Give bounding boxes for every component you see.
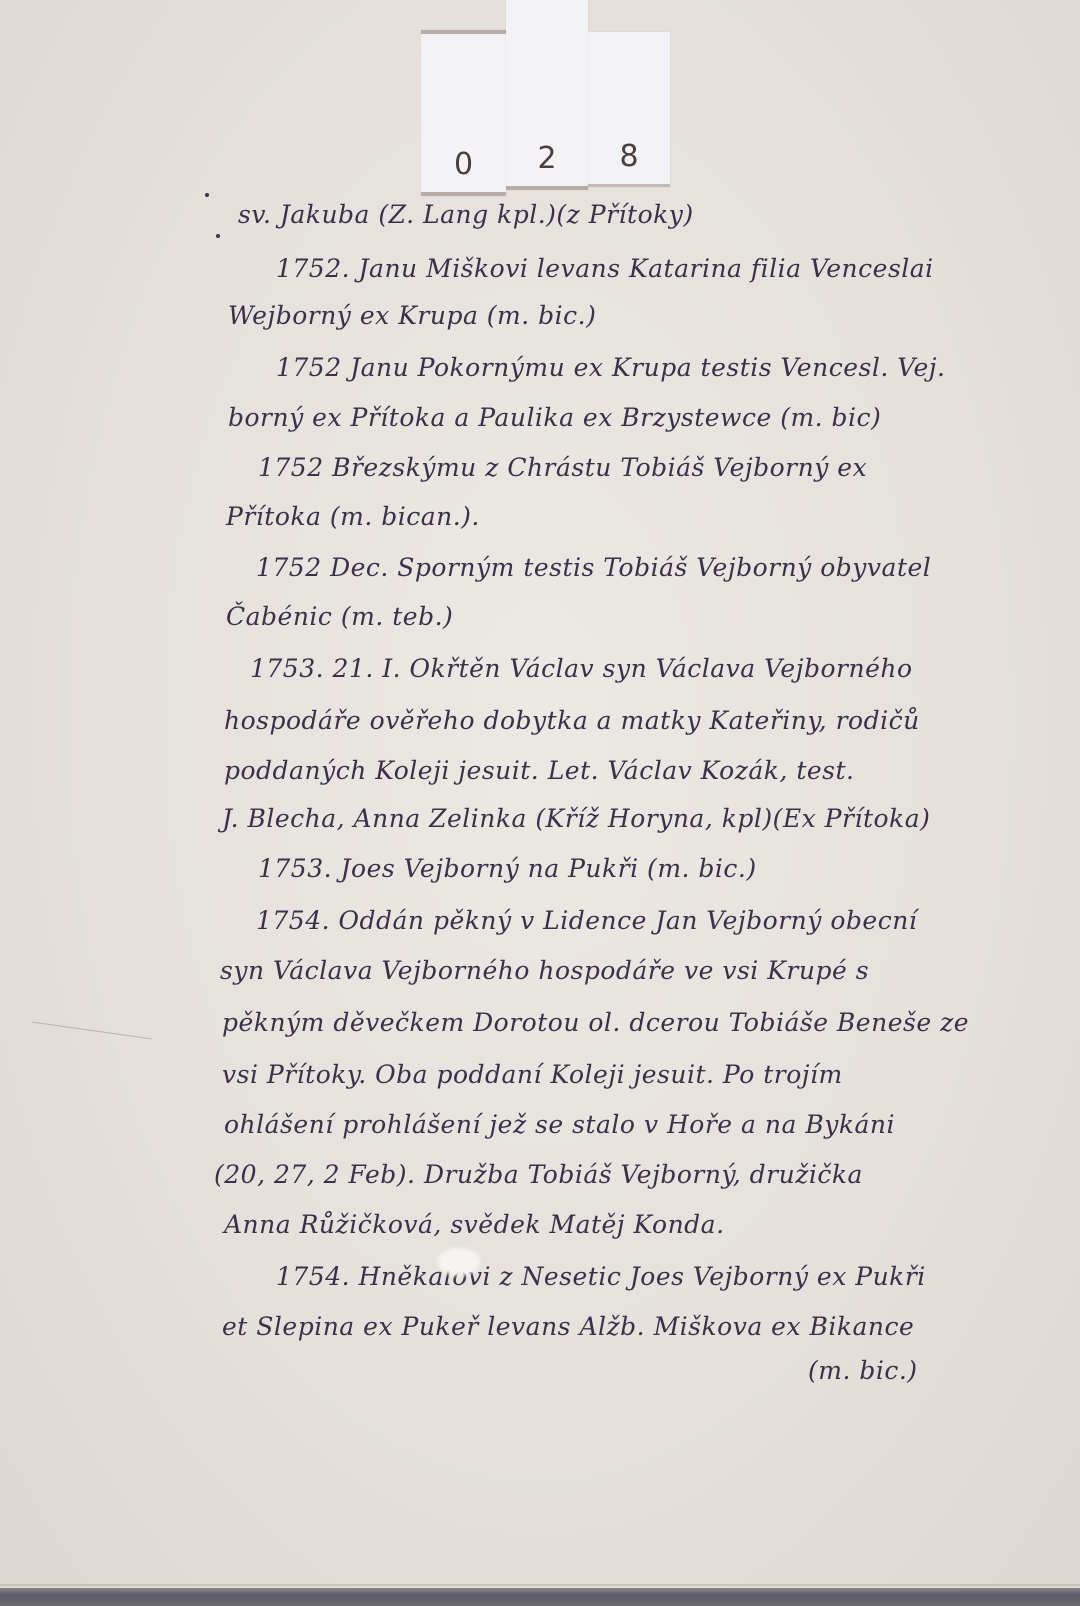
handwritten-line: ohlášení prohlášení jež se stalo v Hoře … <box>224 1110 895 1139</box>
page-number-digit: 0 <box>421 147 506 182</box>
handwritten-line: syn Václava Vejborného hospodáře ve vsi … <box>220 956 869 985</box>
handwritten-line: Wejborný ex Krupa (m. bic.) <box>228 301 596 330</box>
page-number-tab-3: 8 <box>588 32 670 187</box>
handwritten-line: poddaných Koleji jesuit. Let. Václav Koz… <box>224 756 855 785</box>
handwritten-line: Přítoka (m. bican.). <box>226 502 480 531</box>
handwritten-line: borný ex Přítoka a Paulika ex Brzystewce… <box>228 403 881 432</box>
handwritten-line: hospodáře ověřeho dobytka a matky Kateři… <box>224 706 920 735</box>
page-bottom-edge <box>0 1588 1080 1606</box>
handwritten-line: Anna Růžičková, svědek Matěj Konda. <box>224 1210 725 1239</box>
paper-blemish <box>438 1248 480 1276</box>
page-number-digit: 2 <box>506 141 588 176</box>
handwritten-line: (m. bic.) <box>808 1356 918 1385</box>
handwritten-line: sv. Jakuba (Z. Lang kpl.)(z Přítoky) <box>238 200 694 229</box>
handwritten-line: 1752. Janu Miškovi levans Katarina filia… <box>276 254 934 283</box>
handwritten-line: 1752 Dec. Sporným testis Tobiáš Vejborný… <box>256 553 931 582</box>
page-number-tab-1: 0 <box>421 30 506 196</box>
handwritten-line: 1753. Joes Vejborný na Pukři (m. bic.) <box>258 854 757 883</box>
handwritten-line: 1752 Březskýmu z Chrástu Tobiáš Vejborný… <box>258 453 867 482</box>
handwritten-line: 1754. Hněkalovi z Nesetic Joes Vejborný … <box>276 1262 926 1291</box>
page-number-digit: 8 <box>588 139 670 174</box>
handwritten-line: J. Blecha, Anna Zelinka (Kříž Horyna, kp… <box>222 804 930 833</box>
ink-dot <box>205 193 209 197</box>
handwritten-line: pěkným děvečkem Dorotou ol. dcerou Tobiá… <box>222 1008 969 1037</box>
margin-pencil-mark <box>33 1022 152 1040</box>
document-page: 0 2 8 sv. Jakuba (Z. Lang kpl.)(z Přítok… <box>0 0 1080 1588</box>
handwritten-line: 1754. Oddán pěkný v Lidence Jan Vejborný… <box>256 906 917 935</box>
page-number-tab-2: 2 <box>506 0 588 190</box>
handwritten-line: (20, 27, 2 Feb). Družba Tobiáš Vejborný,… <box>214 1160 863 1189</box>
handwritten-line: et Slepina ex Pukeř levans Alžb. Miškova… <box>222 1312 914 1341</box>
page-edge-line <box>0 1584 1080 1586</box>
handwritten-line: Čabénic (m. teb.) <box>226 602 453 631</box>
ink-dot <box>216 234 220 238</box>
handwritten-line: vsi Přítoky. Oba poddaní Koleji jesuit. … <box>222 1060 843 1089</box>
handwritten-line: 1753. 21. I. Okřtěn Václav syn Václava V… <box>250 654 913 683</box>
handwritten-line: 1752 Janu Pokornýmu ex Krupa testis Venc… <box>276 353 945 382</box>
